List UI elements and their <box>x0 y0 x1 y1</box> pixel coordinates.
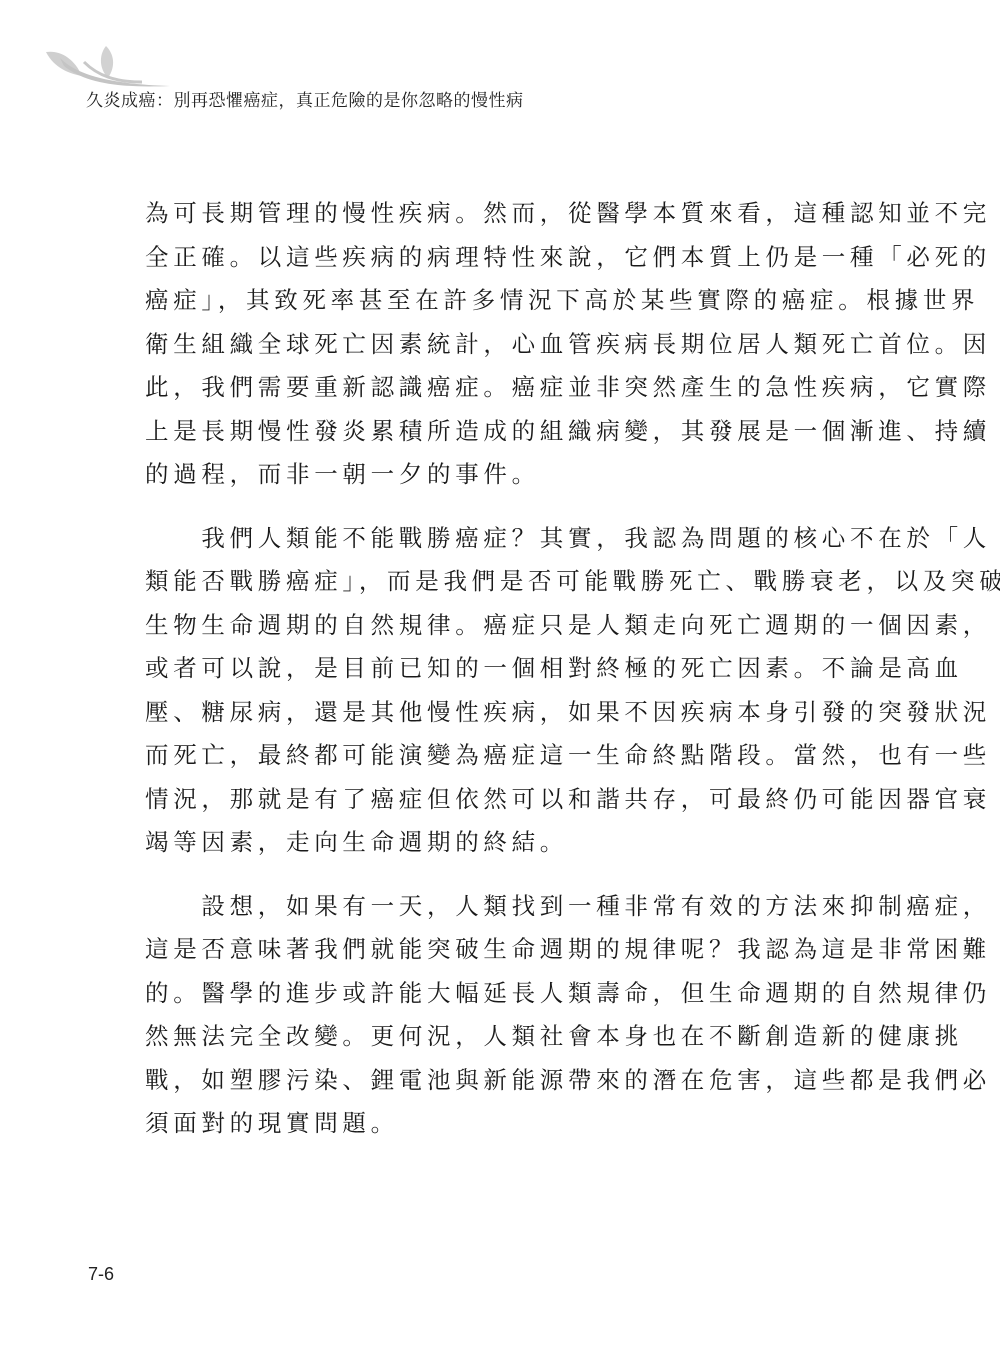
text-line: 為可長期管理的慢性疾病。然而，從醫學本質來看，這種認知並不完 <box>145 192 845 236</box>
text-line: 生物生命週期的自然規律。癌症只是人類走向死亡週期的一個因素， <box>145 604 845 648</box>
paragraph-2: 我們人類能不能戰勝癌症？其實，我認為問題的核心不在於「人 類能否戰勝癌症」，而是… <box>145 517 845 865</box>
text-line: 癌症」，其致死率甚至在許多情況下高於某些實際的癌症。根據世界 <box>145 279 845 323</box>
leaf-icon <box>42 42 172 92</box>
text-line: 全正確。以這些疾病的病理特性來說，它們本質上仍是一種「必死的 <box>145 236 845 280</box>
text-line: 戰，如塑膠污染、鋰電池與新能源帶來的潛在危害，這些都是我們必 <box>145 1059 845 1103</box>
text-line: 類能否戰勝癌症」，而是我們是否可能戰勝死亡、戰勝衰老，以及突破 <box>145 560 845 604</box>
text-line: 的。醫學的進步或許能大幅延長人類壽命，但生命週期的自然規律仍 <box>145 972 845 1016</box>
text-line: 這是否意味著我們就能突破生命週期的規律呢？我認為這是非常困難 <box>145 928 845 972</box>
text-line: 此，我們需要重新認識癌症。癌症並非突然產生的急性疾病，它實際 <box>145 366 845 410</box>
text-line: 而死亡，最終都可能演變為癌症這一生命終點階段。當然，也有一些 <box>145 734 845 778</box>
paragraph-1: 為可長期管理的慢性疾病。然而，從醫學本質來看，這種認知並不完 全正確。以這些疾病… <box>145 192 845 497</box>
text-line: 情況，那就是有了癌症但依然可以和諧共存，可最終仍可能因器官衰 <box>145 778 845 822</box>
paragraph-3: 設想，如果有一天，人類找到一種非常有效的方法來抑制癌症， 這是否意味著我們就能突… <box>145 885 845 1146</box>
text-line: 或者可以說，是目前已知的一個相對終極的死亡因素。不論是高血 <box>145 647 845 691</box>
text-line: 然無法完全改變。更何況，人類社會本身也在不斷創造新的健康挑 <box>145 1015 845 1059</box>
text-line: 我們人類能不能戰勝癌症？其實，我認為問題的核心不在於「人 <box>145 517 845 561</box>
text-line: 衛生組織全球死亡因素統計，心血管疾病長期位居人類死亡首位。因 <box>145 323 845 367</box>
text-line: 設想，如果有一天，人類找到一種非常有效的方法來抑制癌症， <box>145 885 845 929</box>
running-header: 久炎成癌：別再恐懼癌症，真正危險的是你忽略的慢性病 <box>86 86 524 111</box>
text-line: 的過程，而非一朝一夕的事件。 <box>145 453 845 497</box>
text-line: 竭等因素，走向生命週期的終結。 <box>145 821 845 865</box>
text-line: 上是長期慢性發炎累積所造成的組織病變，其發展是一個漸進、持續 <box>145 410 845 454</box>
page-number: 7-6 <box>88 1264 114 1285</box>
body-text: 為可長期管理的慢性疾病。然而，從醫學本質來看，這種認知並不完 全正確。以這些疾病… <box>145 192 845 1166</box>
text-line: 須面對的現實問題。 <box>145 1102 845 1146</box>
text-line: 壓、糖尿病，還是其他慢性疾病，如果不因疾病本身引發的突發狀況 <box>145 691 845 735</box>
